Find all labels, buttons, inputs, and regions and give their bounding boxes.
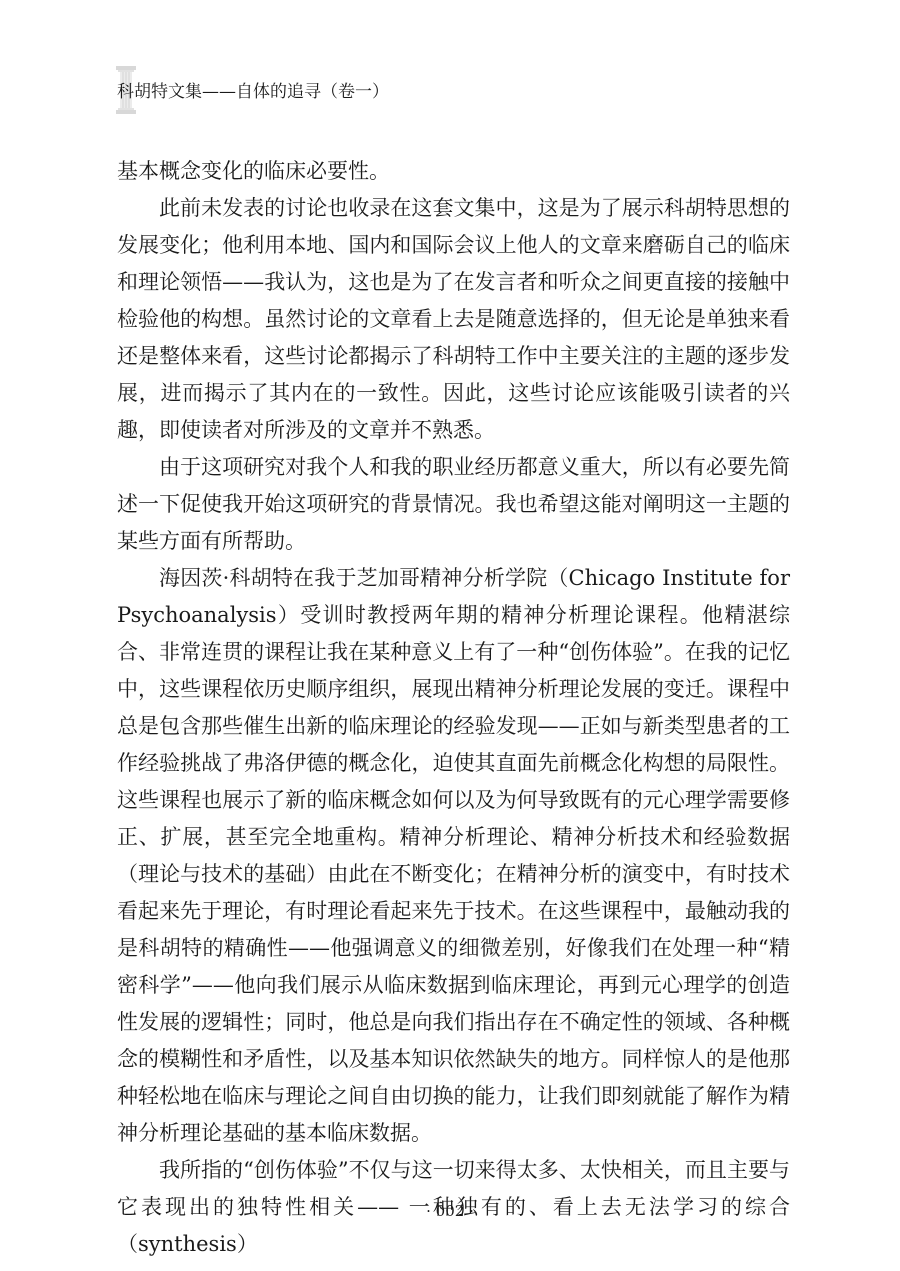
paragraph: 此前未发表的讨论也收录在这套文集中，这是为了展示科胡特思想的发展变化；他利用本地…	[117, 190, 790, 449]
paragraph: 基本概念变化的临床必要性。	[117, 153, 790, 190]
paragraph: 由于这项研究对我个人和我的职业经历都意义重大，所以有必要先简述一下促使我开始这项…	[117, 449, 790, 560]
running-header-title: 科胡特文集——自体的追寻（卷一）	[117, 80, 389, 104]
page-number: · 002 ·	[0, 1201, 900, 1221]
body-text: 基本概念变化的临床必要性。 此前未发表的讨论也收录在这套文集中，这是为了展示科胡…	[117, 153, 790, 1263]
paragraph: 海因茨·科胡特在我于芝加哥精神分析学院（Chicago Institute fo…	[117, 560, 790, 1152]
